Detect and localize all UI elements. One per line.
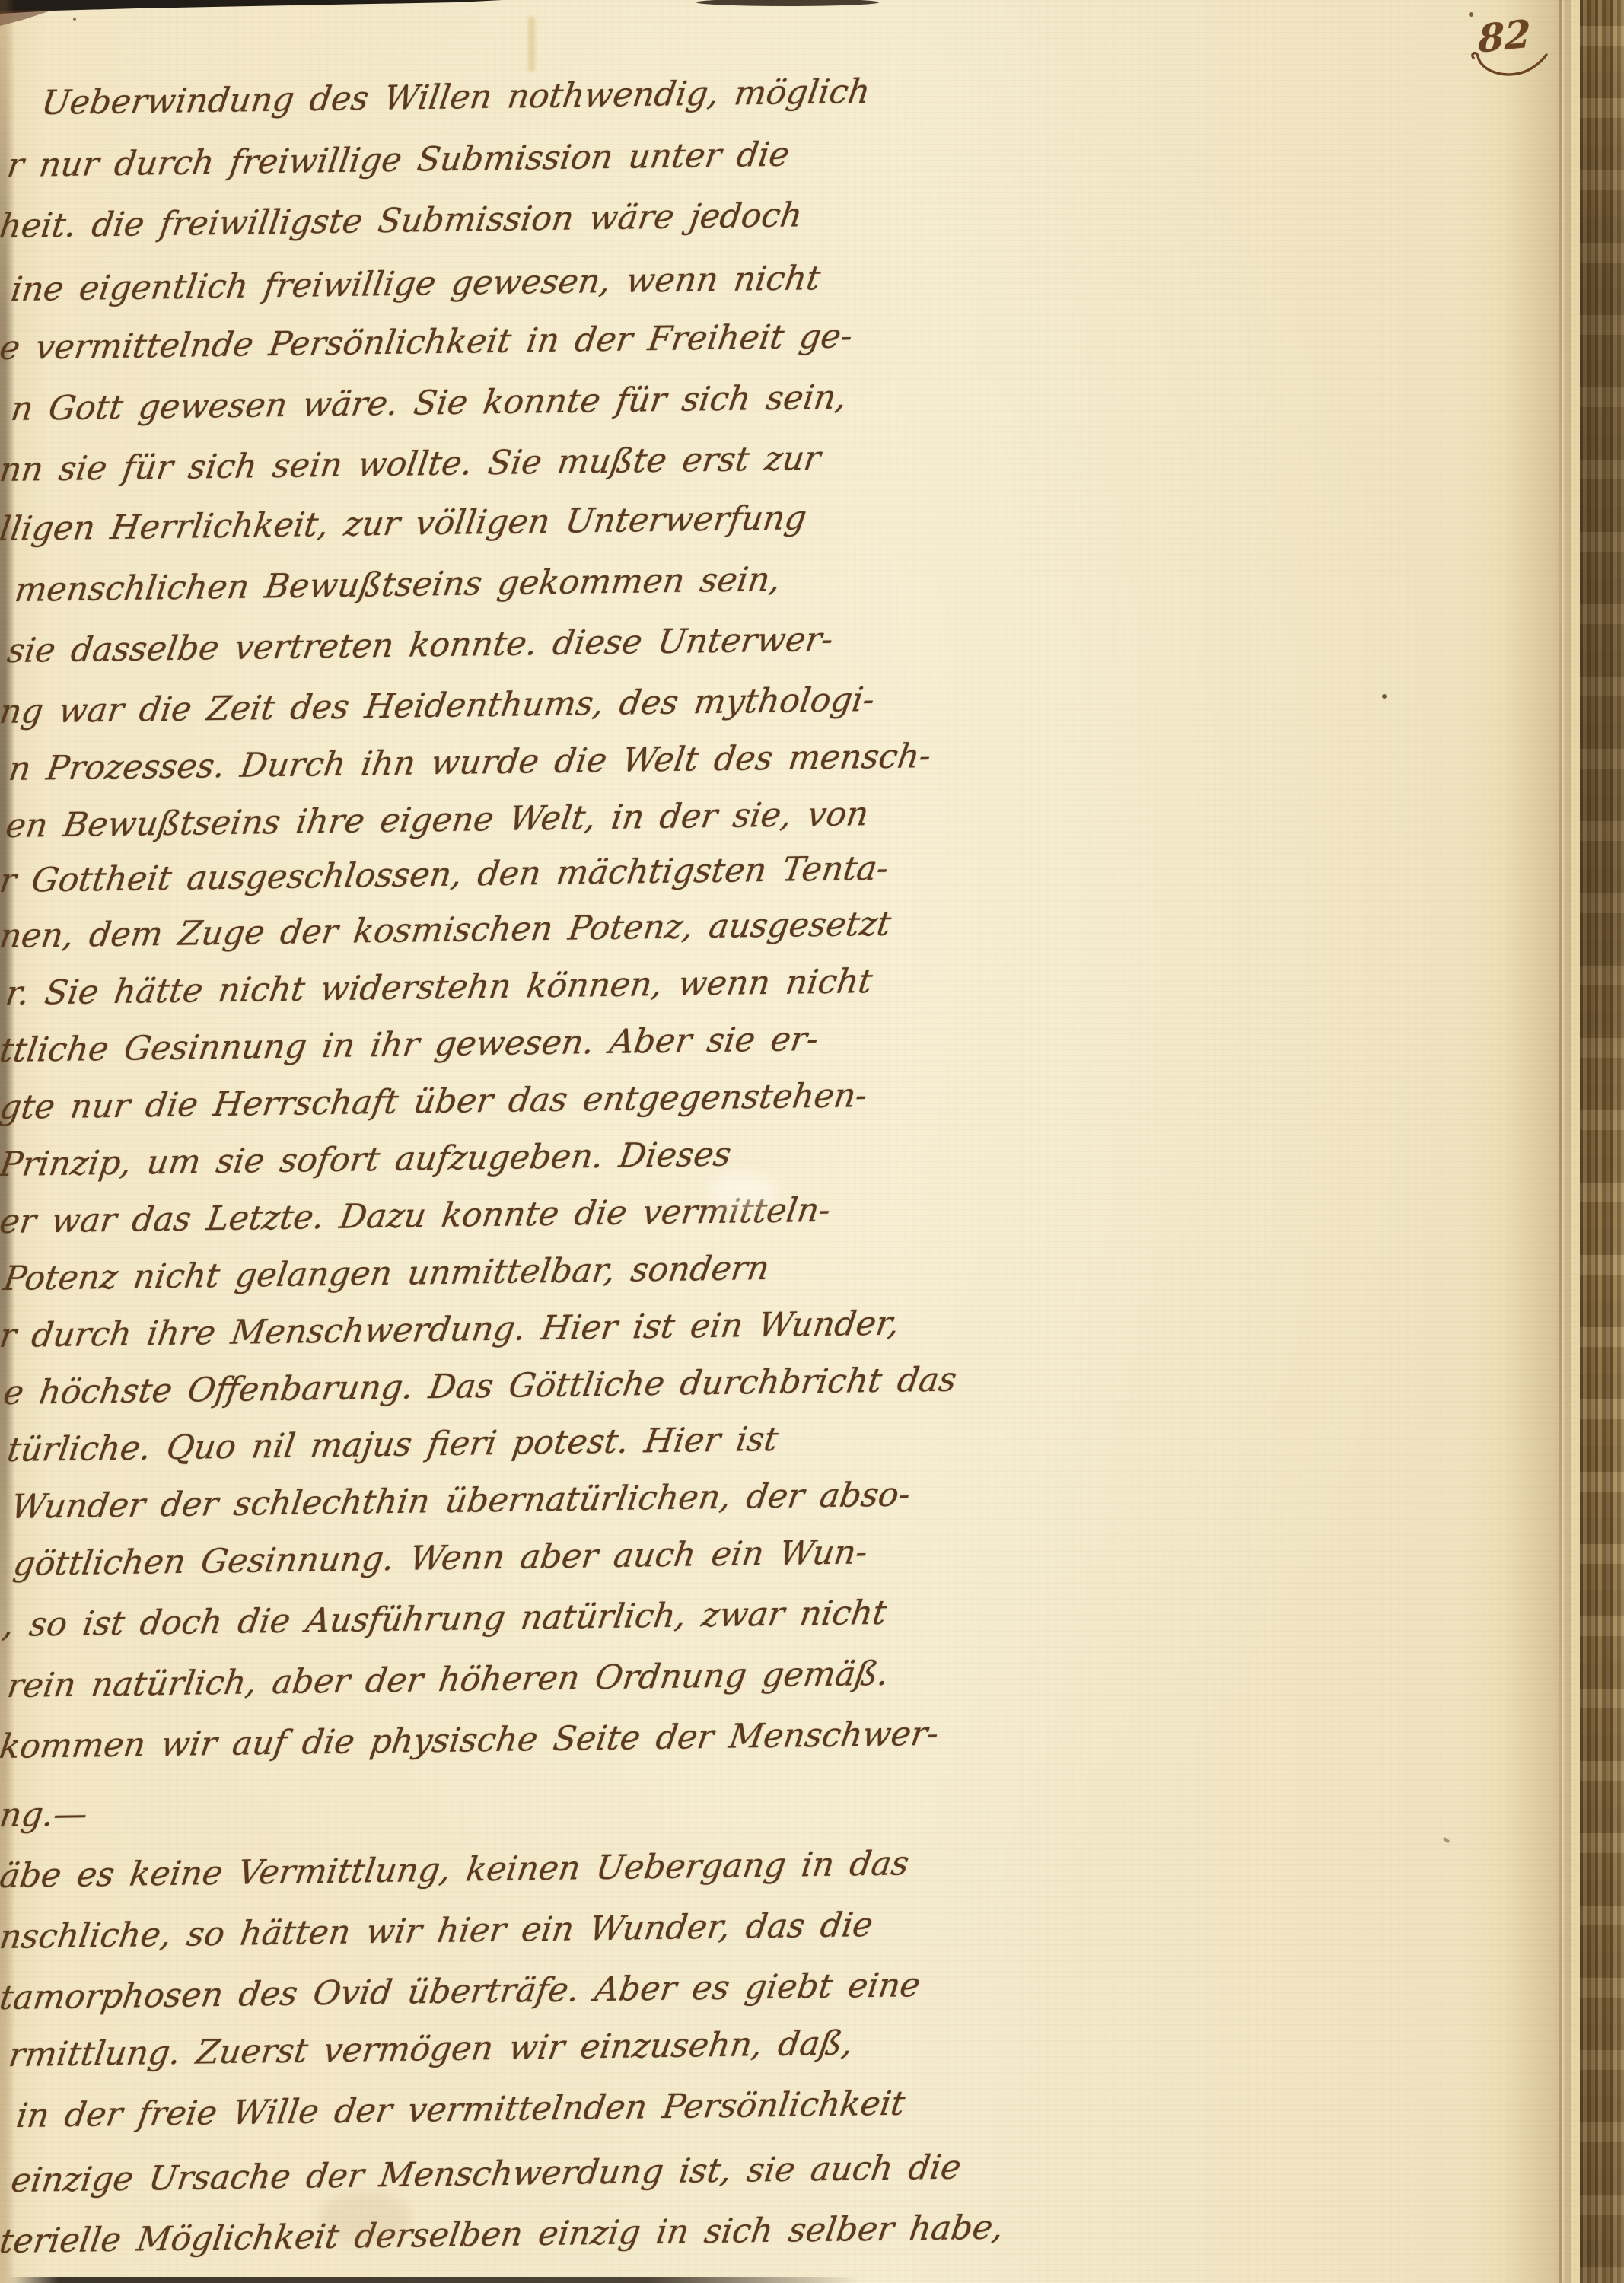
- manuscript-line: sie dasselbe vertreten konnte. diese Unt…: [5, 620, 836, 670]
- manuscript-line: rmittlung. Zuerst vermögen wir einzusehn…: [6, 2023, 855, 2074]
- manuscript-line: n Gott gewesen wäre. Sie konnte für sich…: [8, 378, 849, 428]
- manuscript-line: Potenz nicht gelangen unmittelbar, sonde…: [1, 1249, 772, 1298]
- manuscript-line: e höchste Offenbarung. Das Göttliche dur…: [1, 1360, 959, 1412]
- manuscript-line: ine eigentlich freiwillige gewesen, wenn…: [8, 259, 823, 309]
- manuscript-line: n Prozesses. Durch ihn wurde die Welt de…: [6, 737, 933, 788]
- manuscript-line: r Gottheit ausgeschlossen, den mächtigst…: [0, 849, 891, 900]
- manuscript-line: göttlichen Gesinnung. Wenn aber auch ein…: [11, 1533, 870, 1584]
- manuscript-line: türliche. Quo nil majus fieri potest. Hi…: [5, 1420, 780, 1469]
- manuscript-line: menschlichen Bewußtseins gekommen sein,: [12, 560, 783, 610]
- manuscript-line: äbe es keine Vermittlung, keinen Ueberga…: [0, 1844, 912, 1896]
- manuscript-line: heit. die freiwilligste Submission wäre …: [0, 196, 805, 246]
- manuscript-line: in der freie Wille der vermittelnden Per…: [14, 2084, 907, 2135]
- manuscript-line: tamorphosen des Ovid überträfe. Aber es …: [0, 1966, 923, 2017]
- manuscript-line: lligen Herrlichkeit, zur völligen Unterw…: [0, 498, 809, 549]
- manuscript-line: gte nur die Herrschaft über das entgegen…: [0, 1076, 870, 1127]
- manuscript-page: 82 Ueberwindung des Willen nothwendig, m…: [0, 0, 1624, 2283]
- manuscript-line: Ueberwindung des Willen nothwendig, mögl…: [39, 72, 872, 123]
- manuscript-line: einzige Ursache der Menschwerdung ist, s…: [8, 2148, 963, 2201]
- manuscript-line: rein natürlich, aber der höheren Ordnung…: [5, 1654, 891, 1705]
- manuscript-text-block: Ueberwindung des Willen nothwendig, mögl…: [0, 0, 1624, 2283]
- manuscript-line: ng.—: [0, 1794, 90, 1835]
- manuscript-line: r nur durch freiwillige Submission unter…: [5, 135, 791, 185]
- manuscript-line: terielle Möglichkeit derselben einzig in…: [0, 2208, 1006, 2262]
- manuscript-line: ttliche Gesinnung in ihr gewesen. Aber s…: [0, 1020, 821, 1070]
- manuscript-line: Wunder der schlechthin übernatürlichen, …: [8, 1475, 912, 1527]
- manuscript-line: kommen wir auf die physische Seite der M…: [0, 1715, 941, 1766]
- manuscript-line: r durch ihre Menschwerdung. Hier ist ein…: [0, 1304, 902, 1355]
- manuscript-line: ng war die Zeit des Heidenthums, des myt…: [0, 680, 877, 731]
- manuscript-line: nschliche, so hätten wir hier ein Wunder…: [0, 1906, 875, 1957]
- manuscript-line: nen, dem Zuge der kosmischen Potenz, aus…: [0, 905, 893, 956]
- manuscript-line: er war das Letzte. Dazu konnte die vermi…: [0, 1191, 833, 1241]
- manuscript-line: e vermittelnde Persönlichkeit in der Fre…: [0, 317, 855, 368]
- manuscript-line: en Bewußtseins ihre eigene Welt, in der …: [3, 794, 871, 845]
- manuscript-line: Prinzip, um sie sofort aufzugeben. Diese…: [0, 1135, 734, 1185]
- manuscript-line: r. Sie hätte nicht widerstehn können, we…: [3, 962, 874, 1013]
- manuscript-line: , so ist doch die Ausführung natürlich, …: [0, 1594, 889, 1645]
- manuscript-line: nn sie für sich sein wollte. Sie mußte e…: [0, 439, 823, 489]
